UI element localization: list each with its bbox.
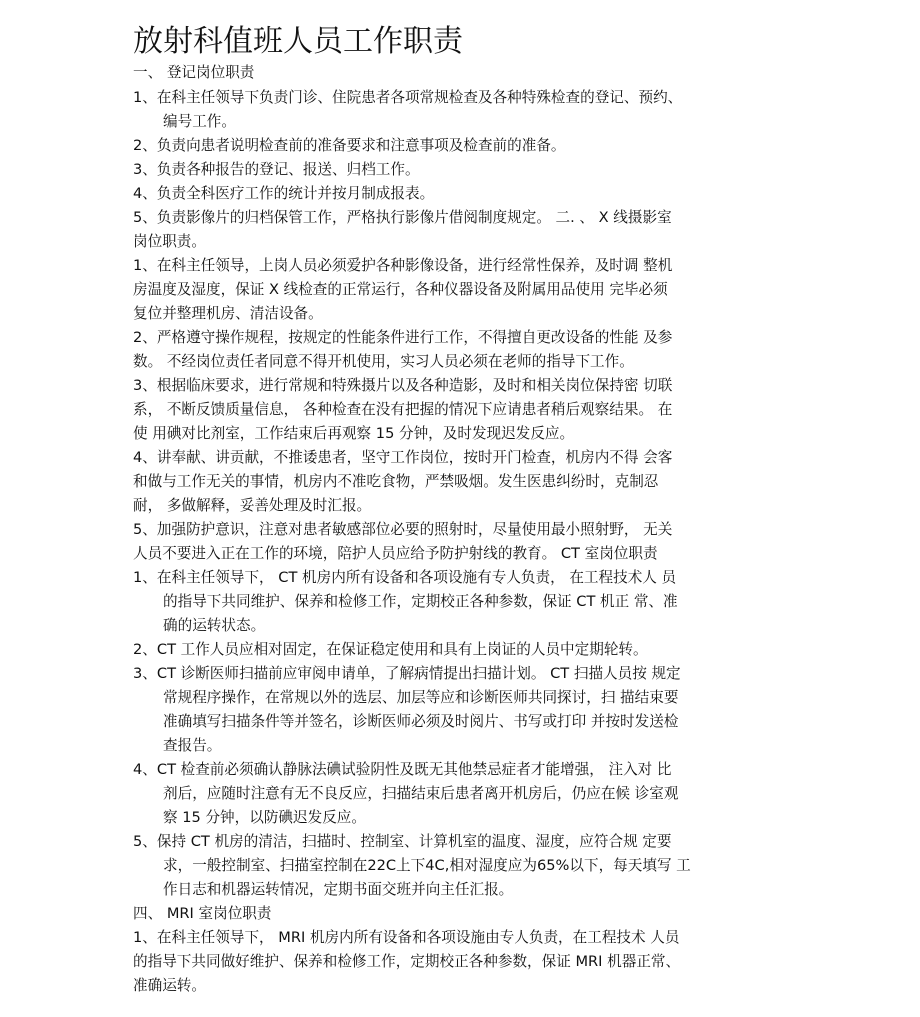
- text-line: 准确运转。: [133, 976, 206, 996]
- text-line: 2、严格遵守操作规程，按规定的性能条件进行工作，不得擅自更改设备的性能 及参: [133, 328, 672, 348]
- text-line: 四、 MRI 室岗位职责: [133, 904, 271, 924]
- text-line: 5、负责影像片的归档保管工作，严格执行影像片借阅制度规定。 二. 、 X 线摄影…: [133, 208, 672, 228]
- text-line: 岗位职责。: [133, 232, 206, 252]
- text-line: 作日志和机器运转情况，定期书面交班并向主任汇报。: [163, 880, 513, 900]
- text-line: 3、负责各种报告的登记、报送、归档工作。: [133, 160, 420, 180]
- text-line: 系， 不断反馈质量信息， 各种检查在没有把握的情况下应请患者稍后观察结果。 在: [133, 400, 672, 420]
- text-line: 使 用碘对比剂室，工作结束后再观察 15 分钟，及时发现迟发反应。: [133, 424, 574, 444]
- text-line: 4、CT 检查前必须确认静脉法碘试验阴性及既无其他禁忌症者才能增强， 注入对 比: [133, 760, 672, 780]
- text-line: 1、在科主任领导下， MRI 机房内所有设备和各项设施由专人负责，在工程技术 人…: [133, 928, 679, 948]
- text-line: 1、在科主任领导下负责门诊、住院患者各项常规检查及各种特殊检查的登记、预约、: [133, 88, 682, 108]
- text-line: 4、讲奉献、讲贡献，不推诿患者，坚守工作岗位，按时开门检查，机房内不得 会客: [133, 448, 672, 468]
- text-line: 人员不要进入正在工作的环境，陪护人员应给予防护射线的教育。 CT 室岗位职责: [133, 544, 658, 564]
- text-line: 5、保持 CT 机房的清洁，扫描时、控制室、计算机室的温度、湿度，应符合规 定要: [133, 832, 672, 852]
- text-line: 5、加强防护意识，注意对患者敏感部位必要的照射时，尽量使用最小照射野， 无关: [133, 520, 672, 540]
- text-line: 常规程序操作，在常规以外的选层、加层等应和诊断医师共同探讨，扫 描结束要: [163, 688, 678, 708]
- text-line: 4、负责全科医疗工作的统计并按月制成报表。: [133, 184, 434, 204]
- text-line: 2、负责向患者说明检查前的准备要求和注意事项及检查前的准备。: [133, 136, 566, 156]
- text-line: 准确填写扫描条件等并签名，诊断医师必须及时阅片、书写或打印 并按时发送检: [163, 712, 678, 732]
- text-line: 2、CT 工作人员应相对固定，在保证稳定使用和具有上岗证的人员中定期轮转。: [133, 640, 648, 660]
- text-line: 3、CT 诊断医师扫描前应审阅申请单，了解病情提出扫描计划。 CT 扫描人员按 …: [133, 664, 681, 684]
- text-line: 房温度及湿度，保证 X 线检查的正常运行，各种仪器设备及附属用品使用 完毕必须: [133, 280, 668, 300]
- text-line: 求，一般控制室、扫描室控制在22C上下4C,相对湿度应为65%以下，每天填写 工: [163, 856, 691, 876]
- text-line: 复位并整理机房、清洁设备。: [133, 304, 323, 324]
- text-line: 1、在科主任领导下， CT 机房内所有设备和各项设施有专人负责， 在工程技术人 …: [133, 568, 676, 588]
- text-line: 编号工作。: [163, 112, 236, 132]
- text-line: 一、 登记岗位职责: [133, 63, 254, 83]
- text-line: 剂后，应随时注意有无不良反应，扫描结束后患者离开机房后，仍应在候 诊室观: [163, 784, 678, 804]
- page-title: 放射科值班人员工作职责: [133, 24, 463, 60]
- text-line: 查报告。: [163, 736, 221, 756]
- text-line: 察 15 分钟，以防碘迟发反应。: [163, 808, 366, 828]
- text-line: 确的运转状态。: [163, 616, 265, 636]
- text-line: 1、在科主任领导，上岗人员必须爱护各种影像设备，进行经常性保养，及时调 整机: [133, 256, 672, 276]
- text-line: 耐， 多做解释，妥善处理及时汇报。: [133, 496, 371, 516]
- text-line: 和做与工作无关的事情，机房内不准吃食物，严禁吸烟。发生医患纠纷时，克制忍: [133, 472, 658, 492]
- text-line: 数。 不经岗位责任者同意不得开机使用，实习人员必须在老师的指导下工作。: [133, 352, 634, 372]
- text-line: 的指导下共同维护、保养和检修工作，定期校正各种参数，保证 CT 机正 常、准: [163, 592, 678, 612]
- text-line: 3、根据临床要求，进行常规和特殊摄片以及各种造影，及时和相关岗位保持密 切联: [133, 376, 672, 396]
- text-line: 的指导下共同做好维护、保养和检修工作，定期校正各种参数，保证 MRI 机器正常、: [133, 952, 680, 972]
